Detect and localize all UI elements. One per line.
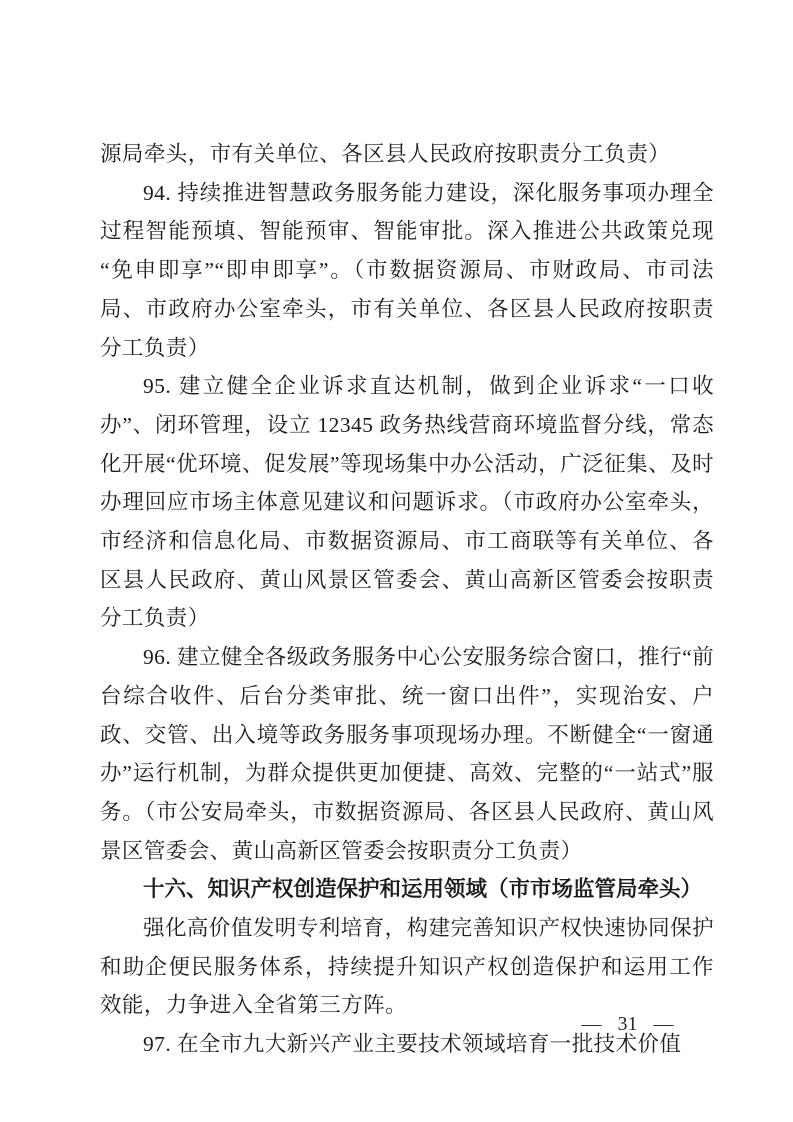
section-heading-16: 十六、知识产权创造保护和运用领域（市市场监管局牵头） [100, 870, 714, 909]
paragraph-section-16-intro: 强化高价值发明专利培育，构建完善知识产权快速协同保护和助企便民服务体系，持续提升… [100, 909, 714, 1025]
document-page: 源局牵头，市有关单位、各区县人民政府按职责分工负责） 94. 持续推进智慧政务服… [0, 0, 793, 1122]
page-content: 源局牵头，市有关单位、各区县人民政府按职责分工负责） 94. 持续推进智慧政务服… [100, 135, 714, 1064]
paragraph-item-96: 96. 建立健全各级政务服务中心公安服务综合窗口，推行“前台综合收件、后台分类审… [100, 638, 714, 870]
page-number: — 31 — [540, 1010, 715, 1038]
paragraph-item-95: 95. 建立健全企业诉求直达机制，做到企业诉求“一口收办”、闭环管理，设立 12… [100, 367, 714, 638]
paragraph-item-94: 94. 持续推进智慧政务服务能力建设，深化服务事项办理全过程智能预填、智能预审、… [100, 174, 714, 368]
paragraph-continuation: 源局牵头，市有关单位、各区县人民政府按职责分工负责） [100, 135, 714, 174]
